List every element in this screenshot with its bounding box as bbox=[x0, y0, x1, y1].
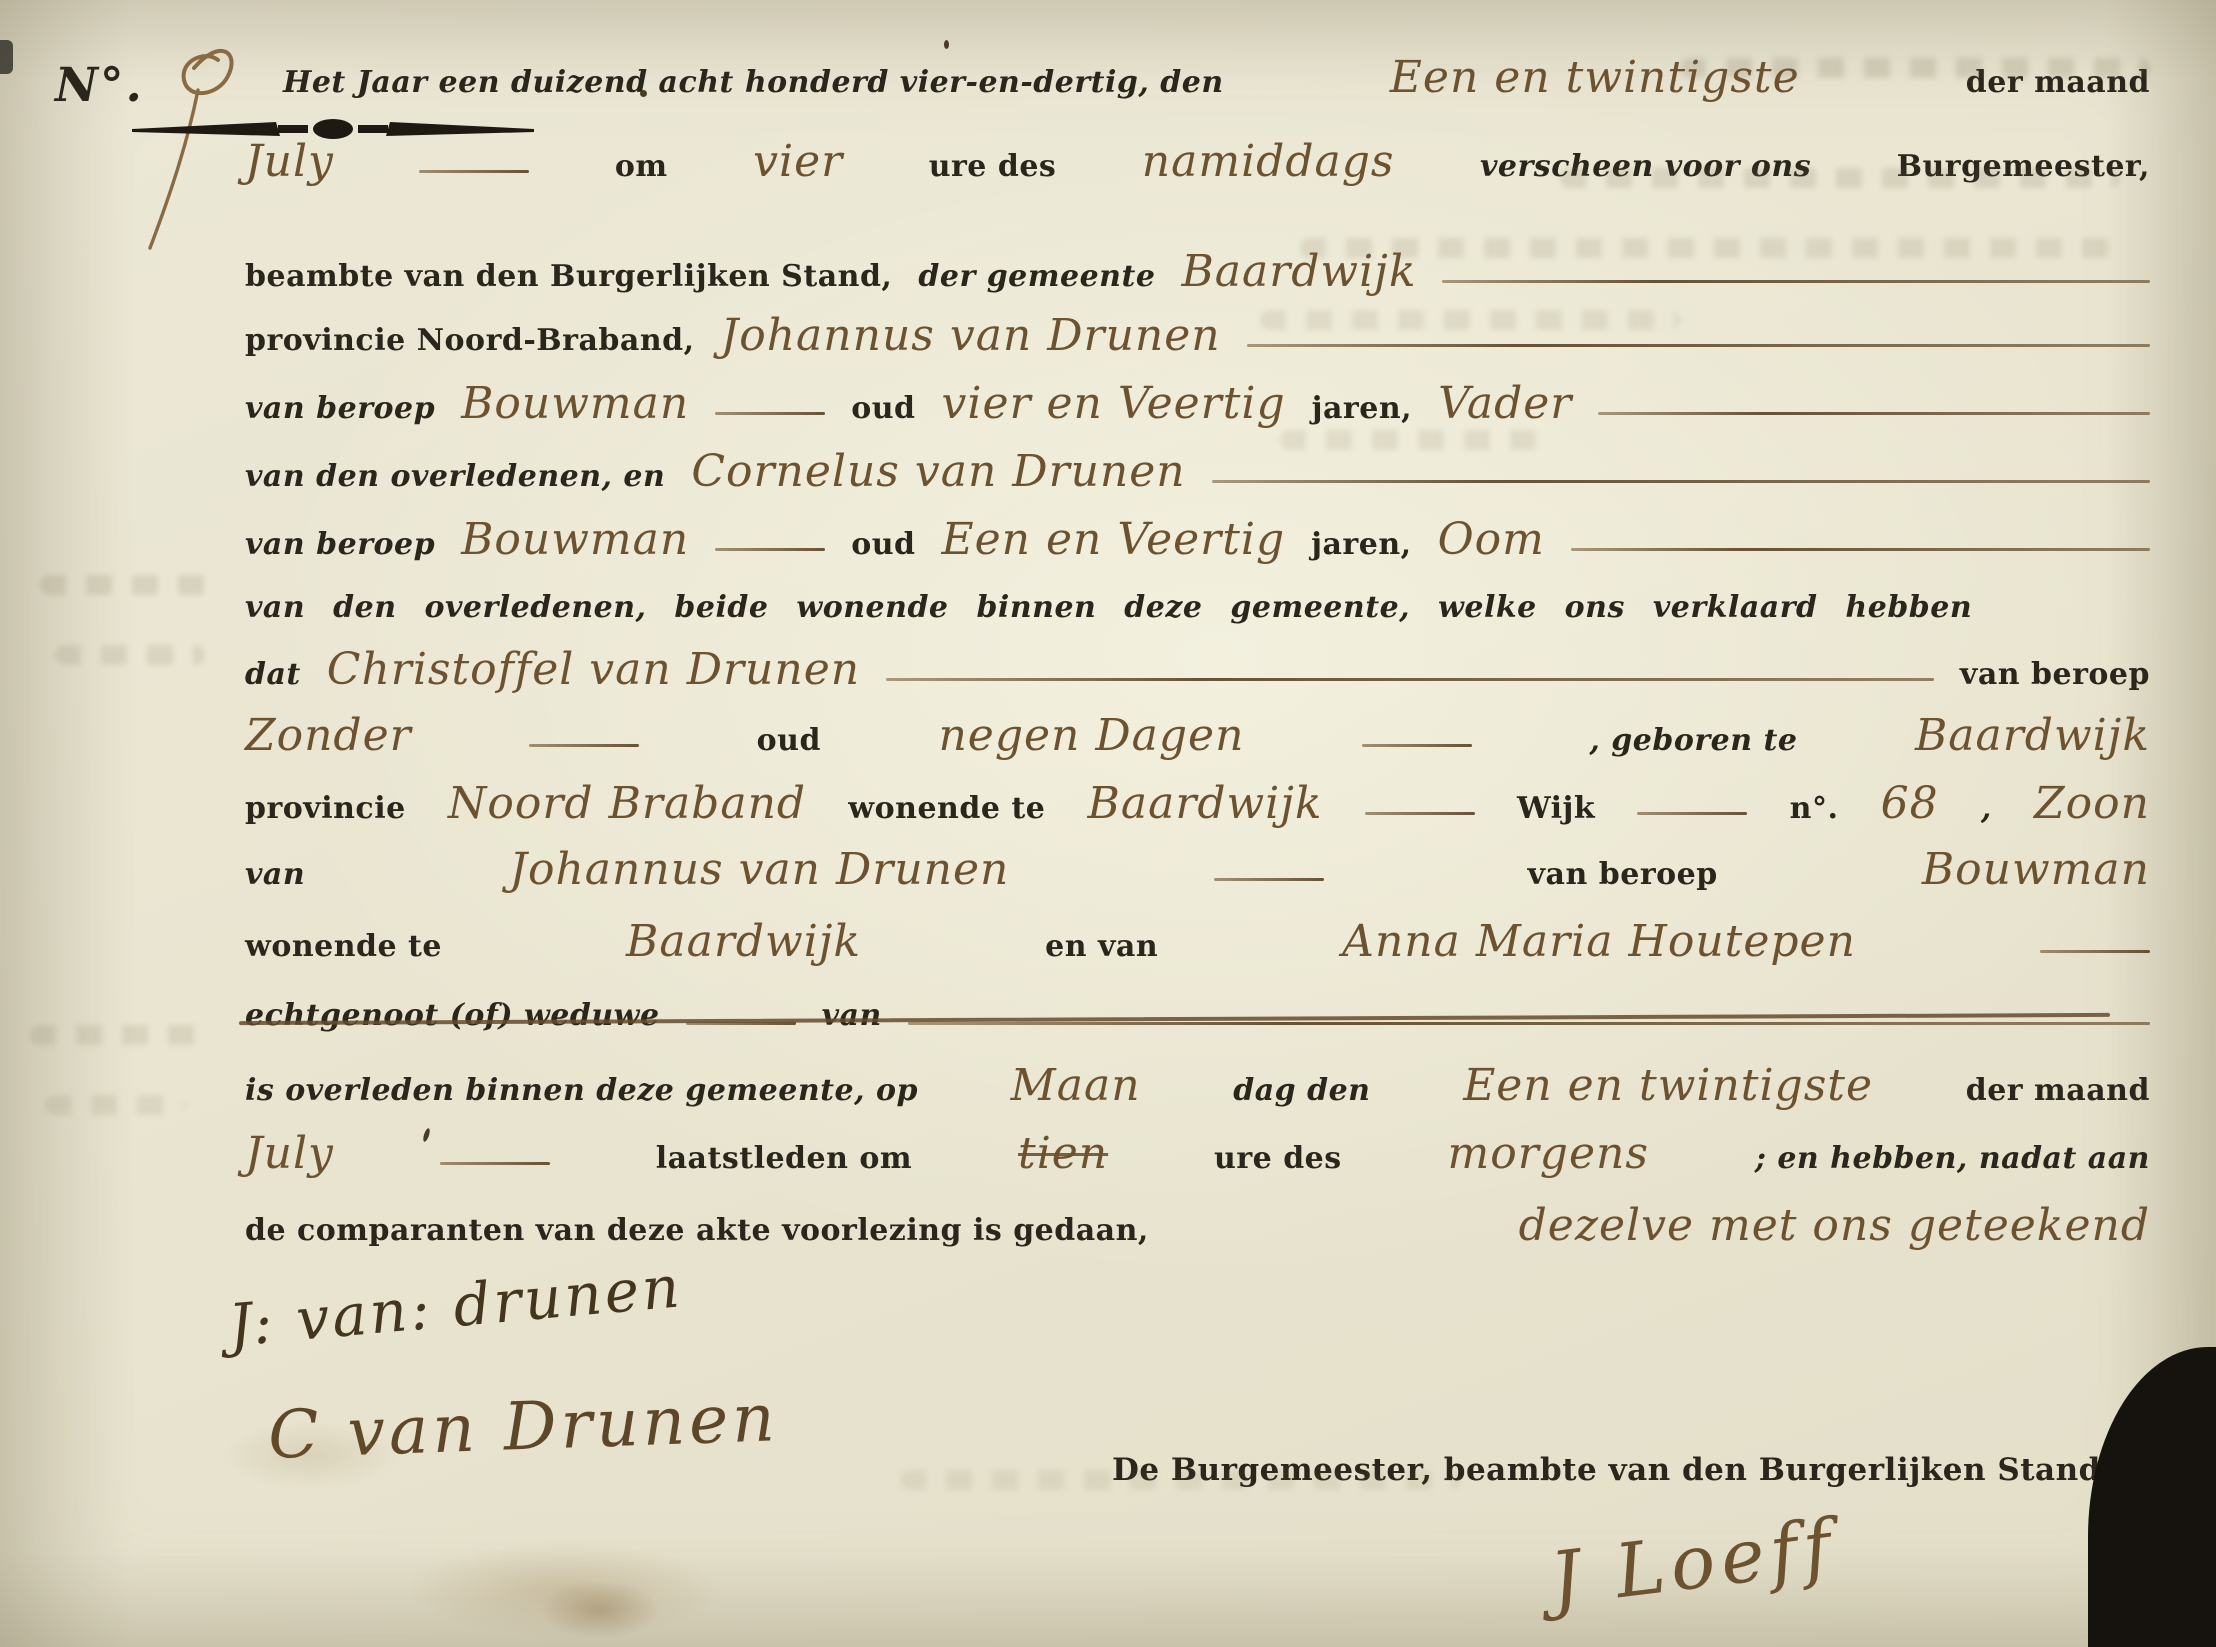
ink-rule bbox=[440, 1162, 550, 1165]
handwritten-text: namiddags bbox=[1142, 142, 1395, 182]
form-line-17: de comparanten van deze akte voorlezing … bbox=[245, 1206, 2150, 1248]
ink-rule bbox=[1442, 280, 2150, 283]
handwritten-text: Cornelus van Drunen bbox=[691, 452, 1185, 492]
printed-text: , geboren te bbox=[1589, 723, 1797, 758]
handwritten-text: Baardwijk bbox=[1088, 784, 1323, 824]
printed-text: oud bbox=[851, 391, 915, 426]
printed-text: beambte van den Burgerlijken Stand, bbox=[245, 259, 892, 294]
printed-text: de comparanten van deze akte voorlezing … bbox=[245, 1213, 1149, 1248]
printed-text: , bbox=[1981, 791, 1992, 826]
printed-text: is overleden binnen deze gemeente, op bbox=[245, 1073, 918, 1108]
printed-text: verscheen voor ons bbox=[1480, 149, 1811, 184]
printed-text: jaren, bbox=[1311, 527, 1411, 562]
act-number-label: N°. bbox=[55, 58, 144, 113]
printed-text: om bbox=[615, 149, 668, 184]
ink-rule bbox=[1571, 548, 2150, 551]
ink-stain bbox=[540, 1580, 660, 1640]
printed-text: Wijk bbox=[1517, 791, 1595, 826]
form-line-4: provincie Noord-Braband,Johannus van Dru… bbox=[245, 316, 2150, 358]
ink-rule bbox=[1362, 744, 1472, 747]
printed-text: laatstleden om bbox=[656, 1141, 912, 1176]
printed-text: en van bbox=[1045, 929, 1158, 964]
printed-text: van bbox=[822, 998, 882, 1033]
handwritten-text: Zoon bbox=[2034, 784, 2150, 824]
bleed-through-mark bbox=[45, 1095, 185, 1115]
handwritten-text: morgens bbox=[1448, 1134, 1649, 1174]
handwritten-text: 68 bbox=[1881, 784, 1939, 824]
handwritten-text: Noord Braband bbox=[448, 784, 806, 824]
printed-text: der gemeente bbox=[918, 259, 1155, 294]
ink-rule bbox=[886, 678, 1934, 681]
handwritten-text: Johannus van Drunen bbox=[509, 850, 1009, 890]
form-line-15: is overleden binnen deze gemeente, opMaa… bbox=[245, 1066, 2150, 1108]
handwritten-text: Bouwman bbox=[461, 520, 689, 560]
printed-text: jaren, bbox=[1312, 391, 1412, 426]
handwritten-text: Anna Maria Houtepen bbox=[1342, 922, 1856, 962]
printed-text: wonende te bbox=[245, 929, 442, 964]
printed-text: van den overledenen, en bbox=[245, 459, 665, 494]
bleed-through-mark bbox=[30, 1025, 210, 1045]
form-line-16: Julylaatstleden omtienure desmorgens; en… bbox=[245, 1134, 2150, 1176]
printed-text: Het Jaar een duizend acht honderd vier-e… bbox=[283, 65, 1224, 100]
printed-text: van bbox=[245, 857, 305, 892]
ink-rule bbox=[1214, 878, 1324, 881]
form-line-5: van beroepBouwmanoudvier en Veertigjaren… bbox=[245, 384, 2150, 426]
ink-rule bbox=[1212, 480, 2150, 483]
printed-text: ure des bbox=[929, 149, 1057, 184]
printed-text: Burgemeester, bbox=[1897, 149, 2150, 184]
bleed-through-mark bbox=[40, 575, 210, 595]
handwritten-text: negen Dagen bbox=[938, 716, 1244, 756]
printed-text: van beroep bbox=[1960, 657, 2150, 692]
form-line-10: Zonderoudnegen Dagen, geboren teBaardwij… bbox=[245, 716, 2150, 758]
handwritten-text: Een en Veertig bbox=[942, 520, 1286, 560]
form-line-12: vanJohannus van Drunenvan beroepBouwman bbox=[245, 850, 2150, 892]
form-line-13: wonende teBaardwijken vanAnna Maria Hout… bbox=[245, 922, 2150, 964]
form-line-1: Het Jaar een duizend acht honderd vier-e… bbox=[283, 58, 2150, 100]
form-line-2: Julyomvierure desnamiddagsverscheen voor… bbox=[245, 142, 2150, 184]
printed-text: oud bbox=[851, 527, 915, 562]
bleed-through-mark bbox=[55, 645, 205, 665]
printed-text: van beroep bbox=[1528, 857, 1718, 892]
printed-text: van den overledenen, beide wonende binne… bbox=[245, 590, 1972, 625]
printed-text: ; en hebben, nadat aan bbox=[1755, 1141, 2150, 1176]
handwritten-text: Baardwijk bbox=[1915, 716, 2150, 756]
handwritten-text: Johannus van Drunen bbox=[721, 316, 1221, 356]
handwritten-text: dezelve met ons geteekend bbox=[1519, 1206, 2150, 1246]
form-line-11: provincieNoord Brabandwonende teBaardwij… bbox=[245, 784, 2150, 826]
handwritten-text: Zonder bbox=[245, 716, 412, 756]
mayor-signature: J Loeff bbox=[1546, 1503, 1842, 1623]
handwritten-text: Maan bbox=[1011, 1066, 1141, 1106]
ink-rule bbox=[2040, 950, 2150, 953]
printed-text: dag den bbox=[1233, 1073, 1370, 1108]
handwritten-text: Een en twintigste bbox=[1463, 1066, 1873, 1106]
form-line-8: van den overledenen, beide wonende binne… bbox=[245, 590, 2150, 625]
handwritten-text: Baardwijk bbox=[626, 922, 861, 962]
printed-text: ure des bbox=[1214, 1141, 1342, 1176]
printed-text: der maand bbox=[1966, 1073, 2150, 1108]
witness2-signature: C van Drunen bbox=[267, 1379, 780, 1474]
ink-rule bbox=[1247, 344, 2150, 347]
printed-text: dat bbox=[245, 657, 301, 692]
ink-rule bbox=[908, 1022, 2150, 1025]
ink-rule bbox=[1637, 812, 1747, 815]
handwritten-text: July bbox=[245, 1134, 334, 1174]
ink-rule bbox=[529, 744, 639, 747]
form-line-9: datChristoffel van Drunenvan beroep bbox=[245, 650, 2150, 692]
printed-text: echtgenoot (of) weduwe bbox=[245, 998, 660, 1033]
ink-stain bbox=[400, 1540, 730, 1640]
handwritten-text: Bouwman bbox=[461, 384, 689, 424]
handwritten-text: July bbox=[245, 142, 334, 182]
form-line-14: echtgenoot (of) weduwevan bbox=[245, 998, 2150, 1033]
printed-text: der maand bbox=[1966, 65, 2150, 100]
handwritten-text: vier bbox=[753, 142, 843, 182]
death-certificate-scan: N°. 8 Het Jaar een duizend acht honderd … bbox=[0, 0, 2216, 1647]
form-line-6: van den overledenen, enCornelus van Drun… bbox=[245, 452, 2150, 494]
ink-rule bbox=[715, 548, 825, 551]
form-line-7: van beroepBouwmanoudEen en Veertigjaren,… bbox=[245, 520, 2150, 562]
ink-rule bbox=[686, 1022, 796, 1025]
bleed-through-mark bbox=[1280, 430, 1540, 450]
printed-text: oud bbox=[757, 723, 821, 758]
ink-rule bbox=[419, 170, 529, 173]
handwritten-text: Baardwijk bbox=[1181, 252, 1416, 292]
scan-edge-mark bbox=[0, 40, 13, 74]
handwritten-text-struck: tien bbox=[1018, 1134, 1108, 1174]
handwritten-text: Bouwman bbox=[1922, 850, 2150, 890]
witness1-signature: J: van: drunen bbox=[226, 1252, 685, 1359]
printed-text: van beroep bbox=[245, 527, 435, 562]
printed-text: wonende te bbox=[848, 791, 1045, 826]
ink-rule bbox=[1365, 812, 1475, 815]
ink-speck bbox=[944, 40, 949, 49]
handwritten-text: Een en twintigste bbox=[1390, 58, 1800, 98]
ink-rule bbox=[715, 412, 825, 415]
printed-text: provincie Noord-Braband, bbox=[245, 323, 695, 358]
handwritten-text: vier en Veertig bbox=[942, 384, 1286, 424]
printed-text: van beroep bbox=[245, 391, 435, 426]
ink-rule bbox=[1598, 412, 2150, 415]
handwritten-text: Vader bbox=[1438, 384, 1572, 424]
handwritten-text: Oom bbox=[1438, 520, 1545, 560]
form-line-3: beambte van den Burgerlijken Stand,der g… bbox=[245, 252, 2150, 294]
printed-text: n°. bbox=[1790, 791, 1839, 826]
printed-text: provincie bbox=[245, 791, 406, 826]
footer-printed-title: De Burgemeester, beambte van den Burgerl… bbox=[1112, 1452, 2112, 1488]
scan-corner-shadow bbox=[2088, 1347, 2216, 1647]
handwritten-text: Christoffel van Drunen bbox=[327, 650, 860, 690]
